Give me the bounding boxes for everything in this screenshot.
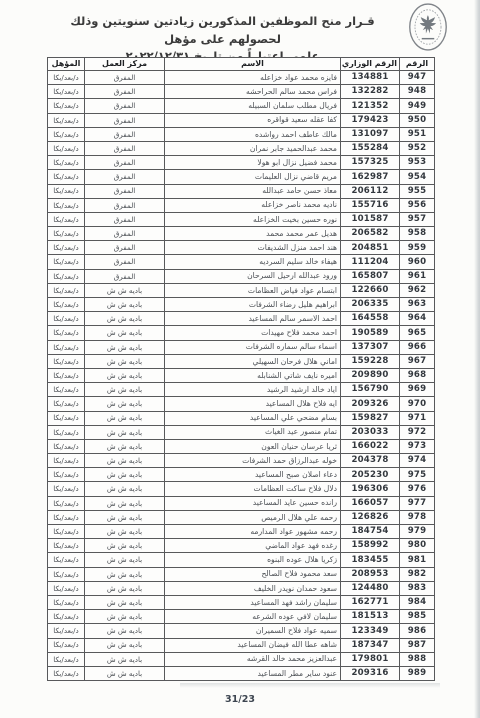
cell-ministry-number: 183455: [341, 553, 400, 567]
cell-qualification: د/بعد/بكا: [48, 425, 85, 439]
cell-qualification: د/بعد/بكا: [48, 567, 85, 581]
cell-work-center: باديه ش ش: [85, 312, 165, 326]
cell-work-center: المفرق: [85, 241, 165, 255]
table-row: 950 179423 كفا عقله سعيد قواقره المفرق د…: [48, 113, 435, 127]
cell-work-center: باديه ش ش: [85, 610, 165, 624]
table-row: 956 155716 ناديه محمد ناصر خزاعله المفرق…: [48, 198, 435, 212]
cell-name: دعاء اصلان صبح المساعيد: [165, 468, 341, 482]
cell-index: 981: [400, 553, 435, 567]
cell-qualification: د/بعد/بكا: [48, 340, 85, 354]
cell-ministry-number: 208953: [341, 567, 400, 581]
table-row: 970 209326 ايه فلاح هلال المساعيد باديه …: [48, 397, 435, 411]
cell-qualification: د/بعد/بكا: [48, 354, 85, 368]
cell-index: 975: [400, 468, 435, 482]
cell-qualification: د/بعد/بكا: [48, 482, 85, 496]
cell-work-center: باديه ش ش: [85, 454, 165, 468]
cell-name: فايزه محمد عواد خزاعله: [165, 71, 341, 85]
cell-ministry-number: 204378: [341, 454, 400, 468]
cell-ministry-number: 162771: [341, 595, 400, 609]
table-row: 954 162987 مريم قاضي نزال العليمات المفر…: [48, 170, 435, 184]
cell-qualification: د/بعد/بكا: [48, 255, 85, 269]
employees-table: الرقم الرقم الوزاري الاسم مركز العمل الم…: [47, 57, 435, 681]
cell-ministry-number: 209890: [341, 368, 400, 382]
cell-name: سليمان راشد فهد المساعيد: [165, 595, 341, 609]
table-row: 984 162771 سليمان راشد فهد المساعيد بادي…: [48, 595, 435, 609]
cell-name: معاذ حسن حامد عبدالله: [165, 184, 341, 198]
cell-index: 958: [400, 227, 435, 241]
cell-work-center: باديه ش ش: [85, 496, 165, 510]
table-row: 955 206112 معاذ حسن حامد عبدالله المفرق …: [48, 184, 435, 198]
scanned-document-page: قـرار منح الموظفين المذكورين زيادتين سنو…: [0, 0, 480, 718]
cell-work-center: باديه ش ش: [85, 368, 165, 382]
cell-name: اياد خالد ارشيد الرشيد: [165, 383, 341, 397]
cell-index: 953: [400, 156, 435, 170]
cell-index: 989: [400, 666, 435, 680]
cell-index: 964: [400, 312, 435, 326]
col-header-ministry-number: الرقم الوزاري: [341, 58, 400, 71]
cell-ministry-number: 164558: [341, 312, 400, 326]
cell-index: 984: [400, 595, 435, 609]
table-row: 982 208953 سعد محمود فلاح الصالح باديه ش…: [48, 567, 435, 581]
table-row: 974 204378 خوله عبدالرزاق حمد الشرفات با…: [48, 454, 435, 468]
table-row: 981 183455 زكريا هلال عوده البنوه باديه …: [48, 553, 435, 567]
cell-index: 959: [400, 241, 435, 255]
cell-qualification: د/بعد/بكا: [48, 454, 85, 468]
table-header-row: الرقم الرقم الوزاري الاسم مركز العمل الم…: [48, 58, 435, 71]
cell-index: 955: [400, 184, 435, 198]
table-row: 975 205230 دعاء اصلان صبح المساعيد باديه…: [48, 468, 435, 482]
cell-ministry-number: 162987: [341, 170, 400, 184]
cell-qualification: د/بعد/بكا: [48, 156, 85, 170]
cell-name: مريم قاضي نزال العليمات: [165, 170, 341, 184]
cell-qualification: د/بعد/بكا: [48, 368, 85, 382]
decree-title-line1: قـرار منح الموظفين المذكورين زيادتين سنو…: [50, 13, 395, 48]
cell-qualification: د/بعد/بكا: [48, 539, 85, 553]
table-row: 978 126826 رحمه علي هلال الرميص باديه ش …: [48, 510, 435, 524]
table-row: 960 111204 هيفاء خالد سليم السرديه المفر…: [48, 255, 435, 269]
cell-name: ثريا عرسان حنيان العون: [165, 439, 341, 453]
cell-index: 949: [400, 99, 435, 113]
cell-qualification: د/بعد/بكا: [48, 439, 85, 453]
cell-index: 978: [400, 510, 435, 524]
cell-ministry-number: 123349: [341, 624, 400, 638]
cell-name: زكريا هلال عوده البنوه: [165, 553, 341, 567]
cell-ministry-number: 134881: [341, 71, 400, 85]
cell-work-center: المفرق: [85, 156, 165, 170]
cell-name: مالك عاطف احمد رواشده: [165, 127, 341, 141]
cell-name: ورود عبدالله ارحيل السرحان: [165, 269, 341, 283]
cell-name: هديل عمر محمد محمد: [165, 227, 341, 241]
cell-name: اماني هلال فرحان السهيلي: [165, 354, 341, 368]
cell-ministry-number: 181513: [341, 610, 400, 624]
cell-qualification: د/بعد/بكا: [48, 468, 85, 482]
cell-work-center: باديه ش ش: [85, 539, 165, 553]
table-row: 980 158992 رغده فهد عواد الماضي باديه ش …: [48, 539, 435, 553]
cell-name: ايه فلاح هلال المساعيد: [165, 397, 341, 411]
table-row: 979 184754 رحمه مشهور عواد المدارمه بادي…: [48, 525, 435, 539]
cell-name: سليمان لافي عوده الشرعه: [165, 610, 341, 624]
table-row: 967 159228 اماني هلال فرحان السهيلي بادي…: [48, 354, 435, 368]
cell-work-center: باديه ش ش: [85, 383, 165, 397]
cell-ministry-number: 132282: [341, 85, 400, 99]
cell-ministry-number: 203033: [341, 425, 400, 439]
cell-work-center: باديه ش ش: [85, 652, 165, 666]
cell-work-center: باديه ش ش: [85, 298, 165, 312]
cell-index: 987: [400, 638, 435, 652]
cell-name: سعود حمدان نويدر الخليف: [165, 581, 341, 595]
cell-work-center: المفرق: [85, 141, 165, 155]
cell-work-center: المفرق: [85, 255, 165, 269]
cell-work-center: المفرق: [85, 127, 165, 141]
cell-ministry-number: 190589: [341, 326, 400, 340]
cell-ministry-number: 204851: [341, 241, 400, 255]
cell-index: 971: [400, 411, 435, 425]
cell-name: شاهه عطا الله فيضان المساعيد: [165, 638, 341, 652]
cell-work-center: باديه ش ش: [85, 326, 165, 340]
cell-qualification: د/بعد/بكا: [48, 510, 85, 524]
cell-qualification: د/بعد/بكا: [48, 652, 85, 666]
page-number: 31/23: [0, 694, 480, 705]
cell-qualification: د/بعد/بكا: [48, 241, 85, 255]
cell-index: 954: [400, 170, 435, 184]
table-row: 973 166022 ثريا عرسان حنيان العون باديه …: [48, 439, 435, 453]
cell-qualification: د/بعد/بكا: [48, 198, 85, 212]
table-row: 987 187347 شاهه عطا الله فيضان المساعيد …: [48, 638, 435, 652]
cell-index: 962: [400, 283, 435, 297]
cell-index: 950: [400, 113, 435, 127]
cell-index: 983: [400, 581, 435, 595]
cell-work-center: المفرق: [85, 212, 165, 226]
cell-index: 966: [400, 340, 435, 354]
cell-ministry-number: 196306: [341, 482, 400, 496]
table-row: 971 159827 بسام مضحي علي المساعيد باديه …: [48, 411, 435, 425]
table-row: 963 206335 ابراهيم هليل رضاء الشرفات باد…: [48, 298, 435, 312]
cell-qualification: د/بعد/بكا: [48, 496, 85, 510]
cell-ministry-number: 156790: [341, 383, 400, 397]
cell-name: ابراهيم هليل رضاء الشرفات: [165, 298, 341, 312]
cell-index: 986: [400, 624, 435, 638]
cell-name: محمد عبدالحميد جابر نمران: [165, 141, 341, 155]
col-header-qualification: المؤهل: [48, 58, 85, 71]
cell-qualification: د/بعد/بكا: [48, 624, 85, 638]
table-row: 947 134881 فايزه محمد عواد خزاعله المفرق…: [48, 71, 435, 85]
col-header-index: الرقم: [400, 58, 435, 71]
cell-ministry-number: 206112: [341, 184, 400, 198]
cell-work-center: باديه ش ش: [85, 439, 165, 453]
cell-ministry-number: 206582: [341, 227, 400, 241]
cell-index: 961: [400, 269, 435, 283]
cell-ministry-number: 187347: [341, 638, 400, 652]
cell-work-center: باديه ش ش: [85, 411, 165, 425]
cell-work-center: باديه ش ش: [85, 525, 165, 539]
cell-qualification: د/بعد/بكا: [48, 411, 85, 425]
table-row: 961 165807 ورود عبدالله ارحيل السرحان ال…: [48, 269, 435, 283]
cell-ministry-number: 126826: [341, 510, 400, 524]
table-row: 964 164558 احمد الاسمر سالم المساعيد باد…: [48, 312, 435, 326]
cell-work-center: باديه ش ش: [85, 510, 165, 524]
cell-ministry-number: 159827: [341, 411, 400, 425]
cell-index: 968: [400, 368, 435, 382]
cell-work-center: المفرق: [85, 71, 165, 85]
table-row: 989 209316 عنود ساير مطر المساعيد باديه …: [48, 666, 435, 680]
cell-ministry-number: 179801: [341, 652, 400, 666]
cell-name: هند احمد منزل الشديفات: [165, 241, 341, 255]
cell-qualification: د/بعد/بكا: [48, 581, 85, 595]
table-row: 959 204851 هند احمد منزل الشديفات المفرق…: [48, 241, 435, 255]
cell-ministry-number: 124480: [341, 581, 400, 595]
cell-name: احمد محمد فلاح مهيدات: [165, 326, 341, 340]
cell-qualification: د/بعد/بكا: [48, 595, 85, 609]
cell-work-center: باديه ش ش: [85, 397, 165, 411]
cell-work-center: باديه ش ش: [85, 354, 165, 368]
table-row: 957 101587 نوره حسين بخيت الخزاعله المفر…: [48, 212, 435, 226]
cell-ministry-number: 184754: [341, 525, 400, 539]
cell-index: 974: [400, 454, 435, 468]
cell-name: ابتسام عواد فياض العظامات: [165, 283, 341, 297]
table-row: 977 166057 رانده حسين عايد المساعيد بادي…: [48, 496, 435, 510]
cell-qualification: د/بعد/بكا: [48, 638, 85, 652]
cell-name: اميره نايف شاتي الشنابله: [165, 368, 341, 382]
cell-name: كفا عقله سعيد قواقره: [165, 113, 341, 127]
table-row: 988 179801 عبدالعزيز محمد خالد القرشه با…: [48, 652, 435, 666]
table-row: 966 137307 اسماء سالم سماره الشرفات بادي…: [48, 340, 435, 354]
cell-qualification: د/بعد/بكا: [48, 397, 85, 411]
cell-ministry-number: 101587: [341, 212, 400, 226]
cell-work-center: المفرق: [85, 99, 165, 113]
cell-ministry-number: 205230: [341, 468, 400, 482]
cell-name: سعد محمود فلاح الصالح: [165, 567, 341, 581]
cell-qualification: د/بعد/بكا: [48, 326, 85, 340]
table-row: 953 157325 محمد فضيل نزال ابو هولا المفر…: [48, 156, 435, 170]
cell-ministry-number: 155284: [341, 141, 400, 155]
cell-qualification: د/بعد/بكا: [48, 127, 85, 141]
cell-index: 972: [400, 425, 435, 439]
cell-ministry-number: 209326: [341, 397, 400, 411]
cell-ministry-number: 179423: [341, 113, 400, 127]
cell-work-center: المفرق: [85, 184, 165, 198]
cell-ministry-number: 158992: [341, 539, 400, 553]
cell-index: 982: [400, 567, 435, 581]
cell-ministry-number: 209316: [341, 666, 400, 680]
cell-work-center: باديه ش ش: [85, 638, 165, 652]
cell-ministry-number: 166057: [341, 496, 400, 510]
cell-work-center: باديه ش ش: [85, 283, 165, 297]
cell-work-center: المفرق: [85, 85, 165, 99]
cell-ministry-number: 121352: [341, 99, 400, 113]
cell-index: 948: [400, 85, 435, 99]
cell-ministry-number: 165807: [341, 269, 400, 283]
cell-ministry-number: 122660: [341, 283, 400, 297]
cell-name: فراس محمد سالم الحراحشه: [165, 85, 341, 99]
table-row: 948 132282 فراس محمد سالم الحراحشه المفر…: [48, 85, 435, 99]
cell-work-center: باديه ش ش: [85, 468, 165, 482]
cell-qualification: د/بعد/بكا: [48, 212, 85, 226]
table-row: 962 122660 ابتسام عواد فياض العظامات باد…: [48, 283, 435, 297]
cell-index: 956: [400, 198, 435, 212]
cell-index: 985: [400, 610, 435, 624]
cell-name: هيفاء خالد سليم السرديه: [165, 255, 341, 269]
cell-qualification: د/بعد/بكا: [48, 113, 85, 127]
table-row: 965 190589 احمد محمد فلاح مهيدات باديه ش…: [48, 326, 435, 340]
cell-name: اسماء سالم سماره الشرفات: [165, 340, 341, 354]
cell-name: فريال مطلب سلمان السبيله: [165, 99, 341, 113]
cell-qualification: د/بعد/بكا: [48, 170, 85, 184]
cell-ministry-number: 157325: [341, 156, 400, 170]
cell-work-center: المفرق: [85, 113, 165, 127]
cell-index: 976: [400, 482, 435, 496]
cell-work-center: باديه ش ش: [85, 567, 165, 581]
cell-qualification: د/بعد/بكا: [48, 269, 85, 283]
table-row: 958 206582 هديل عمر محمد محمد المفرق د/ب…: [48, 227, 435, 241]
cell-name: رانده حسين عايد المساعيد: [165, 496, 341, 510]
col-header-name: الاسم: [165, 58, 341, 71]
cell-ministry-number: 111204: [341, 255, 400, 269]
cell-name: تمام منصور عيد الغياث: [165, 425, 341, 439]
cell-name: نوره حسين بخيت الخزاعله: [165, 212, 341, 226]
cell-qualification: د/بعد/بكا: [48, 141, 85, 155]
table-row: 952 155284 محمد عبدالحميد جابر نمران الم…: [48, 141, 435, 155]
cell-index: 970: [400, 397, 435, 411]
table-row: 969 156790 اياد خالد ارشيد الرشيد باديه …: [48, 383, 435, 397]
table-row: 983 124480 سعود حمدان نويدر الخليف باديه…: [48, 581, 435, 595]
cell-qualification: د/بعد/بكا: [48, 666, 85, 680]
cell-work-center: المفرق: [85, 198, 165, 212]
cell-index: 967: [400, 354, 435, 368]
cell-name: خوله عبدالرزاق حمد الشرفات: [165, 454, 341, 468]
table-row: 976 196306 دلال فلاح ساكت العظامات باديه…: [48, 482, 435, 496]
cell-index: 973: [400, 439, 435, 453]
cell-qualification: د/بعد/بكا: [48, 99, 85, 113]
cell-index: 979: [400, 525, 435, 539]
cell-work-center: باديه ش ش: [85, 624, 165, 638]
cell-name: رغده فهد عواد الماضي: [165, 539, 341, 553]
cell-qualification: د/بعد/بكا: [48, 283, 85, 297]
cell-index: 963: [400, 298, 435, 312]
cell-qualification: د/بعد/بكا: [48, 312, 85, 326]
cell-name: رحمه مشهور عواد المدارمه: [165, 525, 341, 539]
cell-work-center: المفرق: [85, 170, 165, 184]
cell-ministry-number: 166022: [341, 439, 400, 453]
cell-work-center: باديه ش ش: [85, 595, 165, 609]
cell-index: 969: [400, 383, 435, 397]
cell-qualification: د/بعد/بكا: [48, 85, 85, 99]
cell-work-center: باديه ش ش: [85, 553, 165, 567]
scan-smudge: [180, 683, 440, 688]
cell-work-center: المفرق: [85, 227, 165, 241]
table-row: 968 209890 اميره نايف شاتي الشنابله بادي…: [48, 368, 435, 382]
cell-index: 957: [400, 212, 435, 226]
cell-work-center: باديه ش ش: [85, 425, 165, 439]
cell-work-center: باديه ش ش: [85, 581, 165, 595]
table-row: 949 121352 فريال مطلب سلمان السبيله المف…: [48, 99, 435, 113]
cell-qualification: د/بعد/بكا: [48, 383, 85, 397]
table-row: 985 181513 سليمان لافي عوده الشرعه باديه…: [48, 610, 435, 624]
cell-name: سميه عواد فلاح السميران: [165, 624, 341, 638]
jordan-coat-of-arms-seal-icon: [407, 2, 449, 52]
cell-work-center: باديه ش ش: [85, 340, 165, 354]
cell-ministry-number: 131097: [341, 127, 400, 141]
table-row: 972 203033 تمام منصور عيد الغياث باديه ش…: [48, 425, 435, 439]
cell-ministry-number: 137307: [341, 340, 400, 354]
scan-edge-shadow: [474, 0, 480, 718]
cell-index: 952: [400, 141, 435, 155]
cell-name: عبدالعزيز محمد خالد القرشه: [165, 652, 341, 666]
cell-index: 980: [400, 539, 435, 553]
cell-index: 947: [400, 71, 435, 85]
cell-name: محمد فضيل نزال ابو هولا: [165, 156, 341, 170]
table-row: 986 123349 سميه عواد فلاح السميران باديه…: [48, 624, 435, 638]
cell-name: دلال فلاح ساكت العظامات: [165, 482, 341, 496]
cell-name: ناديه محمد ناصر خزاعله: [165, 198, 341, 212]
cell-index: 965: [400, 326, 435, 340]
table-body: 947 134881 فايزه محمد عواد خزاعله المفرق…: [48, 71, 435, 681]
cell-work-center: باديه ش ش: [85, 482, 165, 496]
cell-ministry-number: 206335: [341, 298, 400, 312]
cell-index: 960: [400, 255, 435, 269]
cell-qualification: د/بعد/بكا: [48, 610, 85, 624]
cell-ministry-number: 155716: [341, 198, 400, 212]
cell-name: احمد الاسمر سالم المساعيد: [165, 312, 341, 326]
cell-qualification: د/بعد/بكا: [48, 184, 85, 198]
cell-index: 977: [400, 496, 435, 510]
cell-work-center: المفرق: [85, 269, 165, 283]
cell-qualification: د/بعد/بكا: [48, 298, 85, 312]
cell-qualification: د/بعد/بكا: [48, 71, 85, 85]
cell-qualification: د/بعد/بكا: [48, 227, 85, 241]
cell-name: رحمه علي هلال الرميص: [165, 510, 341, 524]
cell-index: 951: [400, 127, 435, 141]
cell-qualification: د/بعد/بكا: [48, 525, 85, 539]
cell-ministry-number: 159228: [341, 354, 400, 368]
table-row: 951 131097 مالك عاطف احمد رواشده المفرق …: [48, 127, 435, 141]
col-header-work-center: مركز العمل: [85, 58, 165, 71]
cell-qualification: د/بعد/بكا: [48, 553, 85, 567]
cell-name: عنود ساير مطر المساعيد: [165, 666, 341, 680]
cell-work-center: باديه ش ش: [85, 666, 165, 680]
cell-index: 988: [400, 652, 435, 666]
cell-name: بسام مضحي علي المساعيد: [165, 411, 341, 425]
